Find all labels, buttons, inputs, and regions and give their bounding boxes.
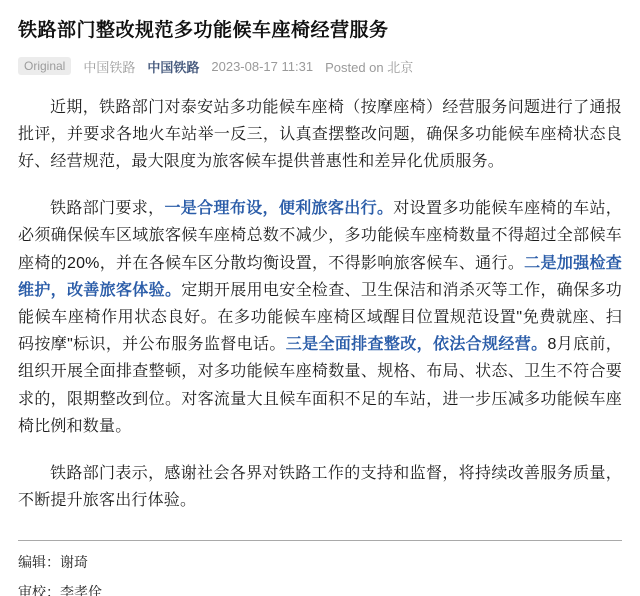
article-page: 铁路部门整改规范多功能候车座椅经营服务 Original 中国铁路 中国铁路 2… (0, 0, 640, 596)
paragraph-3: 铁路部门表示，感谢社会各界对铁路工作的支持和监督，将持续改善服务质量，不断提升旅… (18, 460, 622, 514)
article-meta: Original 中国铁路 中国铁路 2023-08-17 11:31 Post… (18, 57, 622, 76)
page-title: 铁路部门整改规范多功能候车座椅经营服务 (18, 18, 622, 44)
editor-credit: 编辑：谢琦 (18, 551, 622, 573)
paragraph-1: 近期，铁路部门对泰安站多功能候车座椅（按摩座椅）经营服务问题进行了通报批评，并要… (18, 94, 622, 176)
reviewer-credit: 审校：李孝佺 (18, 581, 622, 596)
footer-divider (18, 540, 622, 541)
publish-datetime: 2023-08-17 11:31 (211, 59, 313, 74)
author-name: 中国铁路 (83, 57, 135, 76)
p2-highlight-1: 一是合理布设，便利旅客出行。 (164, 200, 393, 217)
article-footer: 编辑：谢琦 审校：李孝佺 (18, 551, 622, 596)
publish-location: Posted on 北京 (325, 57, 413, 76)
p2-highlight-3: 三是全面排查整改，依法合规经营。 (286, 336, 548, 353)
paragraph-2: 铁路部门要求，一是合理布设，便利旅客出行。对设置多功能候车座椅的车站，必须确保候… (18, 195, 622, 440)
p2-text-1: 铁路部门要求， (50, 200, 164, 217)
account-link[interactable]: 中国铁路 (147, 57, 199, 76)
article-body: 近期，铁路部门对泰安站多功能候车座椅（按摩座椅）经营服务问题进行了通报批评，并要… (18, 94, 622, 515)
original-badge: Original (18, 57, 71, 75)
